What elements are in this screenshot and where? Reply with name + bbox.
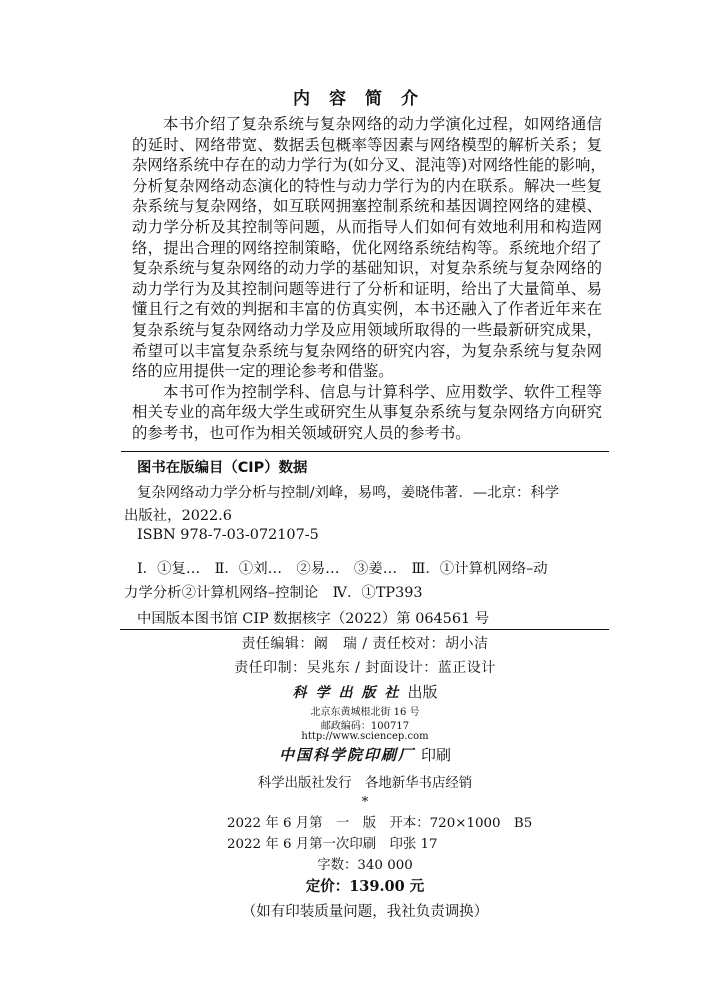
summary-body: 本书介绍了复杂系统与复杂网络的动力学演化过程，如网络通信 的延时、网络带宽、数据… (132, 114, 602, 444)
summary-line: 的参考书，也可作为相关领域研究人员的参考书。 (132, 423, 602, 444)
cip-bottom-rule (120, 629, 609, 630)
cip-entry-line: 出版社，2022.6 (124, 504, 232, 525)
printer-name: 中国科学院印刷厂 (279, 746, 415, 764)
publisher-suffix: 出版 (407, 683, 437, 701)
price: 定价：139.00 元 (0, 875, 720, 896)
printer-suffix: 印刷 (421, 746, 451, 764)
quality-notice: （如有印装质量问题，我社负责调换） (0, 900, 720, 921)
publisher-website: http://www.sciencep.com (0, 731, 720, 742)
summary-line: 络的应用提供一定的理论参考和借鉴。 (132, 361, 602, 382)
summary-line: 复杂系统与复杂网络动力学及应用领域所取得的一些最新研究成果， (132, 320, 602, 341)
summary-line: 分析复杂网络动态演化的特性与动力学行为的内在联系。解决一些复 (132, 176, 602, 197)
cip-heading: 图书在版编目（CIP）数据 (137, 456, 307, 477)
word-count: 字数：340 000 (0, 854, 720, 873)
summary-line: 懂且行之有效的判据和丰富的仿真实例，本书还融入了作者近年来在 (132, 299, 602, 320)
summary-line: 的延时、网络带宽、数据丢包概率等因素与网络模型的解析关系；复 (132, 135, 602, 156)
summary-line: 络，提出合理的网络控制策略，优化网络系统结构等。系统地介绍了 (132, 238, 602, 259)
edition-line: 2022 年 6 月第 一 版 开本：720×1000 B5 (227, 812, 532, 831)
credits-editors: 责任编辑：阚 瑞 / 责任校对：胡小洁 (0, 633, 720, 653)
cip-isbn: ISBN 978-7-03-072107-5 (137, 527, 319, 543)
separator-asterisk: * (0, 795, 720, 810)
cip-entry-line: 复杂网络动力学分析与控制/刘峰，易鸣，姜晓伟著．—北京：科学 (137, 481, 559, 502)
summary-line: 复杂系统与复杂网络的动力学的基础知识，对复杂系统与复杂网络的 (132, 258, 602, 279)
summary-line: 相关专业的高年级大学生或研究生从事复杂系统与复杂网络方向研究 (132, 402, 602, 423)
summary-line: 杂系统与复杂网络，如互联网拥塞控制系统和基因调控网络的建模、 (132, 196, 602, 217)
cip-top-rule (121, 451, 609, 452)
printing-line: 2022 年 6 月第一次印刷 印张 17 (227, 833, 438, 852)
cip-subjects-line: 力学分析②计算机网络–控制论 Ⅳ．①TP393 (124, 581, 423, 602)
credits-printing: 责任印制：吴兆东 / 封面设计：蓝正设计 (0, 657, 720, 677)
summary-line: 本书可作为控制学科、信息与计算科学、应用数学、软件工程等 (132, 382, 602, 403)
cip-catalog-number: 中国版本图书馆 CIP 数据核字（2022）第 064561 号 (137, 607, 489, 628)
summary-line: 动力学分析及其控制等问题，从而指导人们如何有效地利用和构造网 (132, 217, 602, 238)
summary-line: 动力学行为及其控制问题等进行了分析和证明，给出了大量简单、易 (132, 279, 602, 300)
publisher-address: 北京东黄城根北街 16 号 (0, 703, 720, 718)
summary-line: 本书介绍了复杂系统与复杂网络的动力学演化过程，如网络通信 (132, 114, 602, 135)
publisher-postcode: 邮政编码：100717 (0, 717, 720, 732)
cip-subjects-line: Ⅰ．①复… Ⅱ．①刘… ②易… ③姜… Ⅲ．①计算机网络–动 (137, 557, 548, 578)
printer-line: 中国科学院印刷厂印刷 (0, 744, 720, 765)
distribution-line: 科学出版社发行 各地新华书店经销 (0, 772, 720, 791)
page-title: 内容简介 (0, 84, 720, 109)
summary-line: 杂网络系统中存在的动力学行为(如分叉、混沌等)对网络性能的影响， (132, 155, 602, 176)
summary-line: 希望可以丰富复杂系统与复杂网络的研究内容，为复杂系统与复杂网 (132, 341, 602, 362)
publisher-name: 科学出版社 (292, 685, 407, 701)
publisher-line: 科学出版社出版 (0, 681, 720, 702)
